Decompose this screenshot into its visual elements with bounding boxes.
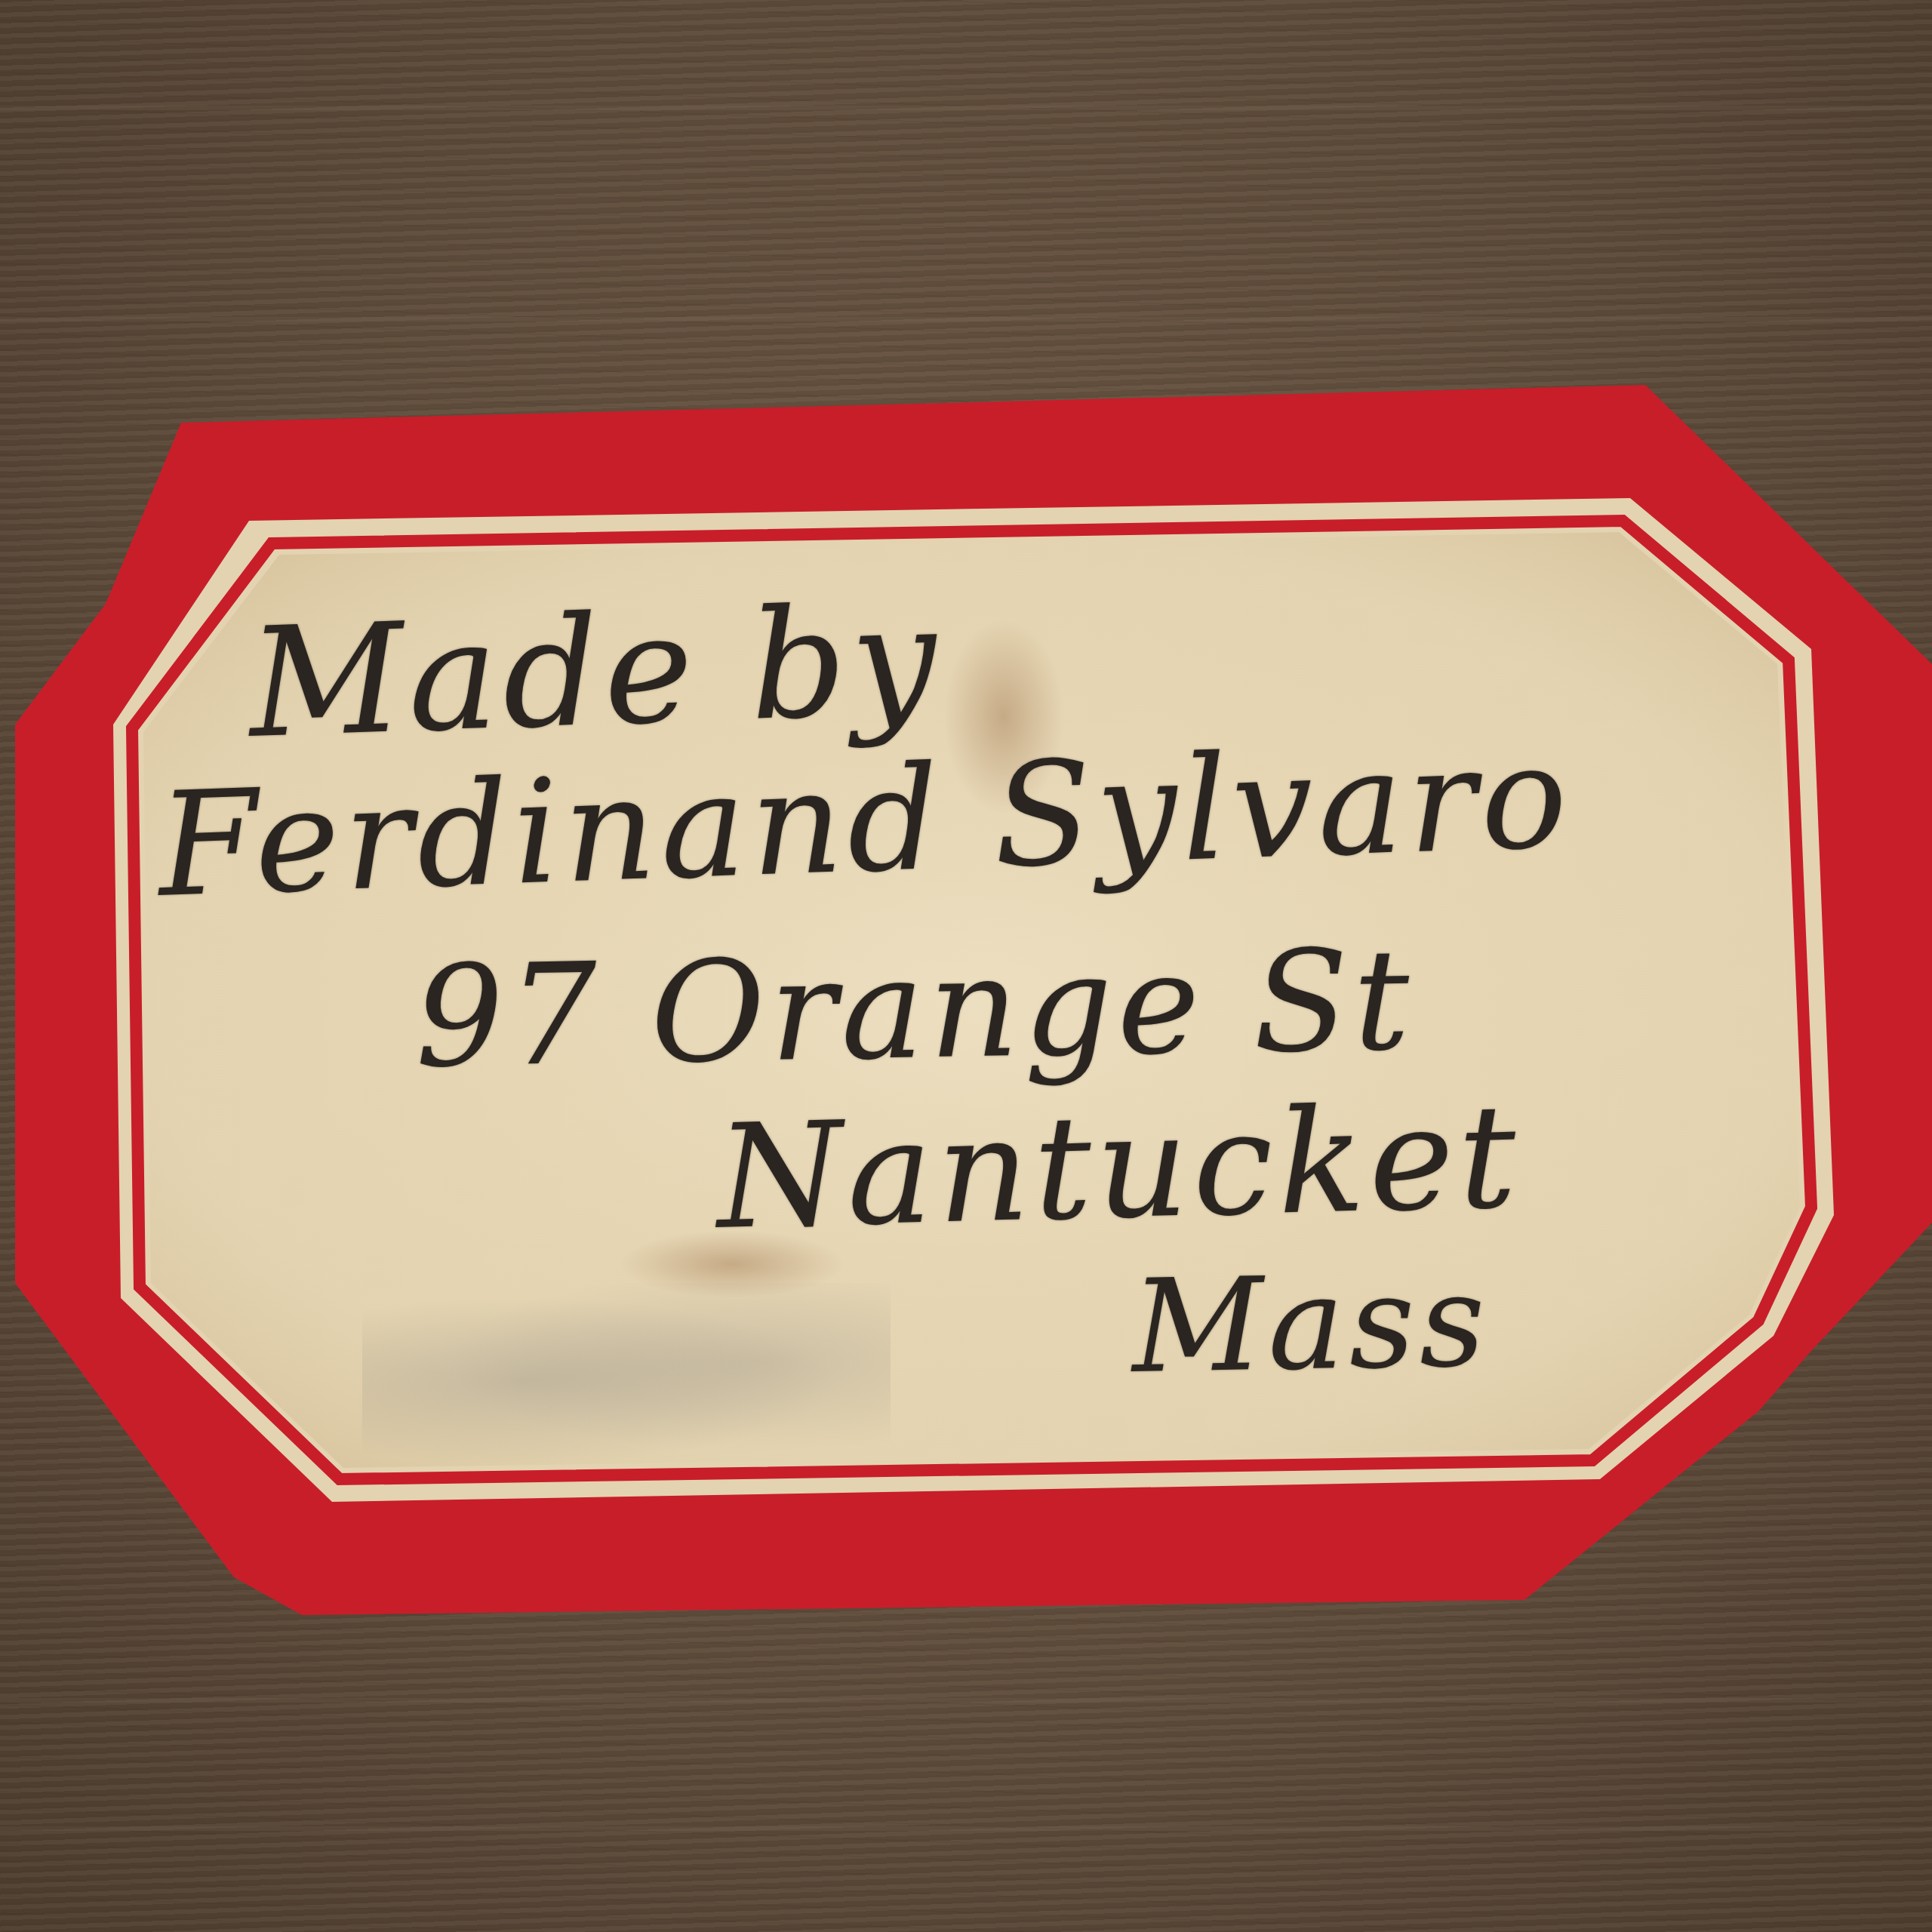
- pencil-marks: [362, 1283, 891, 1479]
- maker-label: Made by Ferdinand Sylvaro 97 Orange St N…: [0, 0, 1932, 1932]
- label-line-street-address: 97 Orange St: [414, 918, 1415, 1099]
- label-line-state: Mass: [1131, 1247, 1491, 1402]
- label-line-town: Nantucket: [715, 1073, 1522, 1261]
